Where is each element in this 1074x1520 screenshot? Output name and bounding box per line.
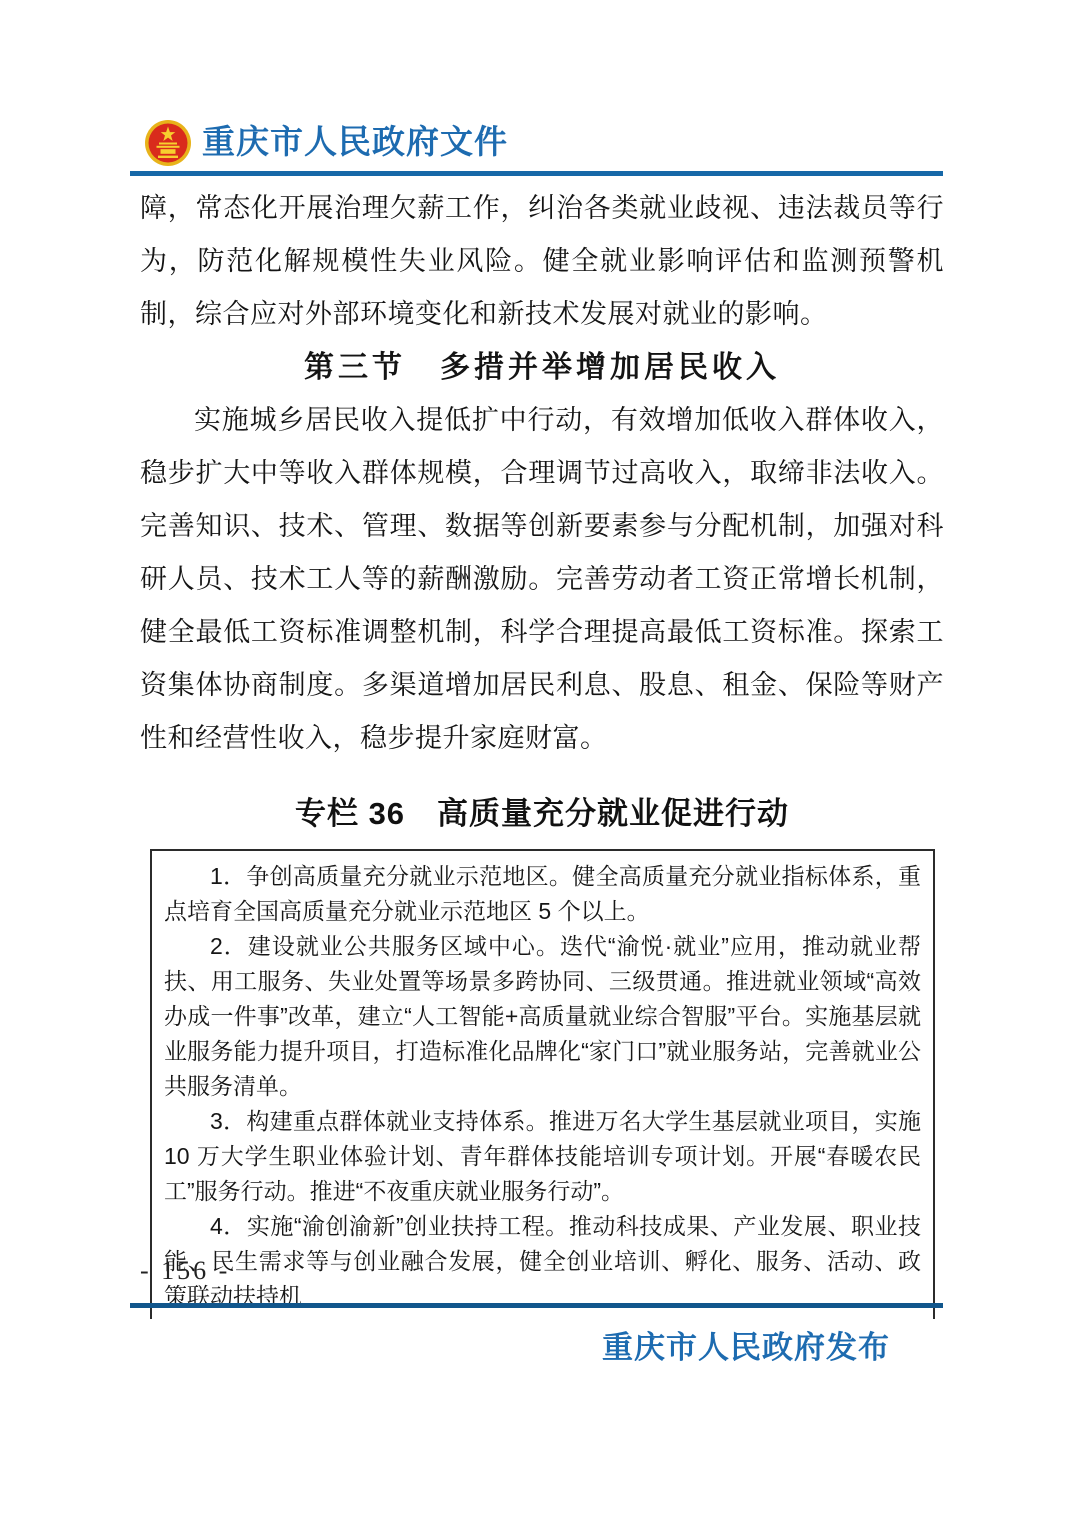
header-rule (130, 171, 943, 176)
footer-rule (130, 1303, 943, 1308)
column-box: 1．争创高质量充分就业示范地区。健全高质量充分就业指标体系，重点培育全国高质量充… (150, 849, 935, 1319)
document-page: 重庆市人民政府文件 障，常态化开展治理欠薪工作，纠治各类就业歧视、违法裁员等行为… (0, 0, 1074, 1520)
document-header-title: 重庆市人民政府文件 (202, 121, 508, 165)
box-item: 3．构建重点群体就业支持体系。推进万名大学生基层就业项目，实施 10 万大学生职… (164, 1104, 921, 1209)
box-item: 1．争创高质量充分就业示范地区。健全高质量充分就业指标体系，重点培育全国高质量充… (164, 859, 921, 929)
box-item: 2．建设就业公共服务区域中心。迭代“渝悦·就业”应用，推动就业帮扶、用工服务、失… (164, 929, 921, 1104)
page-number: - 156 - (140, 1256, 230, 1286)
national-emblem-icon (144, 119, 192, 167)
box-item: 4．实施“渝创渝新”创业扶持工程。推动科技成果、产业发展、职业技能、民生需求等与… (164, 1209, 921, 1314)
document-body: 障，常态化开展治理欠薪工作，纠治各类就业歧视、违法裁员等行为，防范化解规模性失业… (140, 182, 944, 1319)
publisher-label: 重庆市人民政府发布 (602, 1322, 890, 1367)
paragraph-continuation: 障，常态化开展治理欠薪工作，纠治各类就业歧视、违法裁员等行为，防范化解规模性失业… (140, 182, 944, 341)
paragraph-main: 实施城乡居民收入提低扩中行动，有效增加低收入群体收入，稳步扩大中等收入群体规模，… (140, 394, 944, 765)
column-heading: 专栏 36 高质量充分就业促进行动 (140, 791, 944, 837)
section-heading: 第三节 多措并举增加居民收入 (140, 341, 944, 394)
